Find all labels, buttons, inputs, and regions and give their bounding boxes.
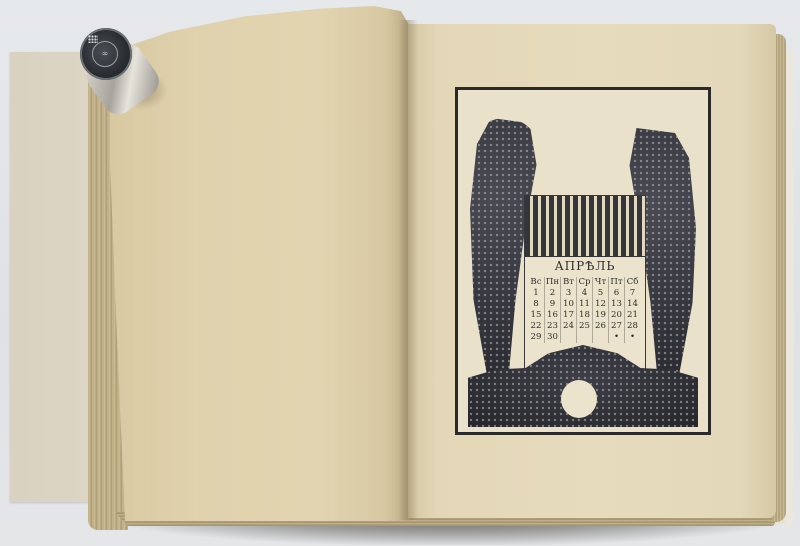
weekday-label: Вт (560, 277, 576, 288)
calendar-day: 15 (528, 310, 544, 321)
calendar-day: 2 (544, 288, 560, 299)
illustration-plate: АПРѢЛЬ Вс Пн Вт Ср Чт Пт Сб 1 2 3 4 5 6 … (455, 87, 711, 435)
calendar-day: 23 (544, 321, 560, 332)
calendar-day: 7 (624, 288, 640, 299)
calendar-day (592, 332, 608, 343)
weekday-label: Ср (576, 277, 592, 288)
weekday-label: Сб (624, 277, 640, 288)
calendar-day: 6 (608, 288, 624, 299)
calendar-day: 13 (608, 299, 624, 310)
calendar-day: • (624, 332, 640, 343)
calendar-day: 16 (544, 310, 560, 321)
calendar-grid: Вс Пн Вт Ср Чт Пт Сб 1 2 3 4 5 6 7 8 9 1… (528, 277, 640, 343)
weekday-label: Чт (592, 277, 608, 288)
calendar-day (560, 332, 576, 343)
calendar-day: 28 (624, 321, 640, 332)
weekday-label: Пт (608, 277, 624, 288)
calendar-day: • (608, 332, 624, 343)
calendar-day: 4 (576, 288, 592, 299)
oval-medallion (561, 380, 597, 418)
calendar-day: 10 (560, 299, 576, 310)
calendar-day: 1 (528, 288, 544, 299)
calendar-day: 21 (624, 310, 640, 321)
calendar-day: 14 (624, 299, 640, 310)
calendar-day: 24 (560, 321, 576, 332)
calendar-day: 9 (544, 299, 560, 310)
weekday-label: Вс (528, 277, 544, 288)
calendar-day: 18 (576, 310, 592, 321)
calendar-day: 3 (560, 288, 576, 299)
calendar-day: 5 (592, 288, 608, 299)
calendar-day: 12 (592, 299, 608, 310)
weekday-label: Пн (544, 277, 560, 288)
shaker-cap-marking: ∞ (92, 41, 118, 67)
calendar-day: 8 (528, 299, 544, 310)
calendar-day: 22 (528, 321, 544, 332)
calendar-day: 25 (576, 321, 592, 332)
calendar-day: 27 (608, 321, 624, 332)
calendar-day: 17 (560, 310, 576, 321)
curtain-ornament (525, 196, 645, 257)
calendar-day: 19 (592, 310, 608, 321)
calendar-month-title: АПРѢЛЬ (525, 259, 645, 273)
calendar-day: 20 (608, 310, 624, 321)
calendar-day: 30 (544, 332, 560, 343)
calendar-day (576, 332, 592, 343)
calendar-day: 26 (592, 321, 608, 332)
calendar-day: 11 (576, 299, 592, 310)
book-gutter (398, 20, 418, 520)
calendar-panel: АПРѢЛЬ Вс Пн Вт Ср Чт Пт Сб 1 2 3 4 5 6 … (524, 195, 646, 372)
calendar-day: 29 (528, 332, 544, 343)
shaker-holes-icon (88, 35, 98, 43)
